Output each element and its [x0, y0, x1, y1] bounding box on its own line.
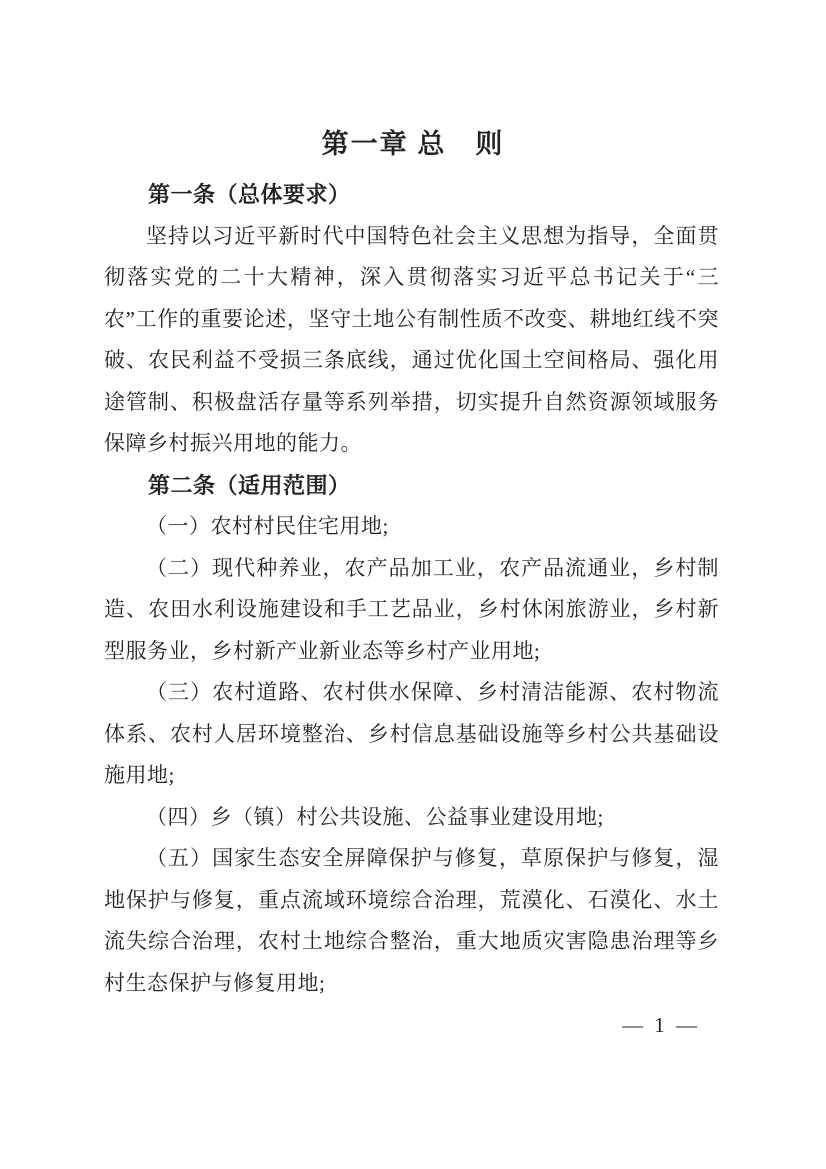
list-item-5: （五）国家生态安全屏障保护与修复，草原保护与修复，湿地保护与修复，重点流域环境综…: [104, 838, 719, 1004]
page-number: — 1 —: [622, 1013, 700, 1038]
list-item-4: （四）乡（镇）村公共设施、公益事业建设用地;: [104, 797, 719, 839]
list-item-3: （三）农村道路、农村供水保障、乡村清洁能源、农村物流体系、农村人居环境整治、乡村…: [104, 672, 719, 797]
article-1-heading: 第一条（总体要求）: [104, 174, 719, 216]
article-2-heading: 第二条（适用范围）: [104, 465, 719, 507]
document-body: 第一条（总体要求） 坚持以习近平新时代中国特色社会主义思想为指导，全面贯彻落实党…: [104, 174, 719, 1004]
article-1-paragraph: 坚持以习近平新时代中国特色社会主义思想为指导，全面贯彻落实党的二十大精神，深入贯…: [104, 216, 719, 465]
chapter-title: 第一章 总 则: [0, 121, 826, 168]
list-item-1: （一）农村村民住宅用地;: [104, 506, 719, 548]
list-item-2: （二）现代种养业，农产品加工业，农产品流通业，乡村制造、农田水利设施建设和手工艺…: [104, 548, 719, 673]
document-page: 第一章 总 则 第一条（总体要求） 坚持以习近平新时代中国特色社会主义思想为指导…: [0, 0, 826, 1169]
